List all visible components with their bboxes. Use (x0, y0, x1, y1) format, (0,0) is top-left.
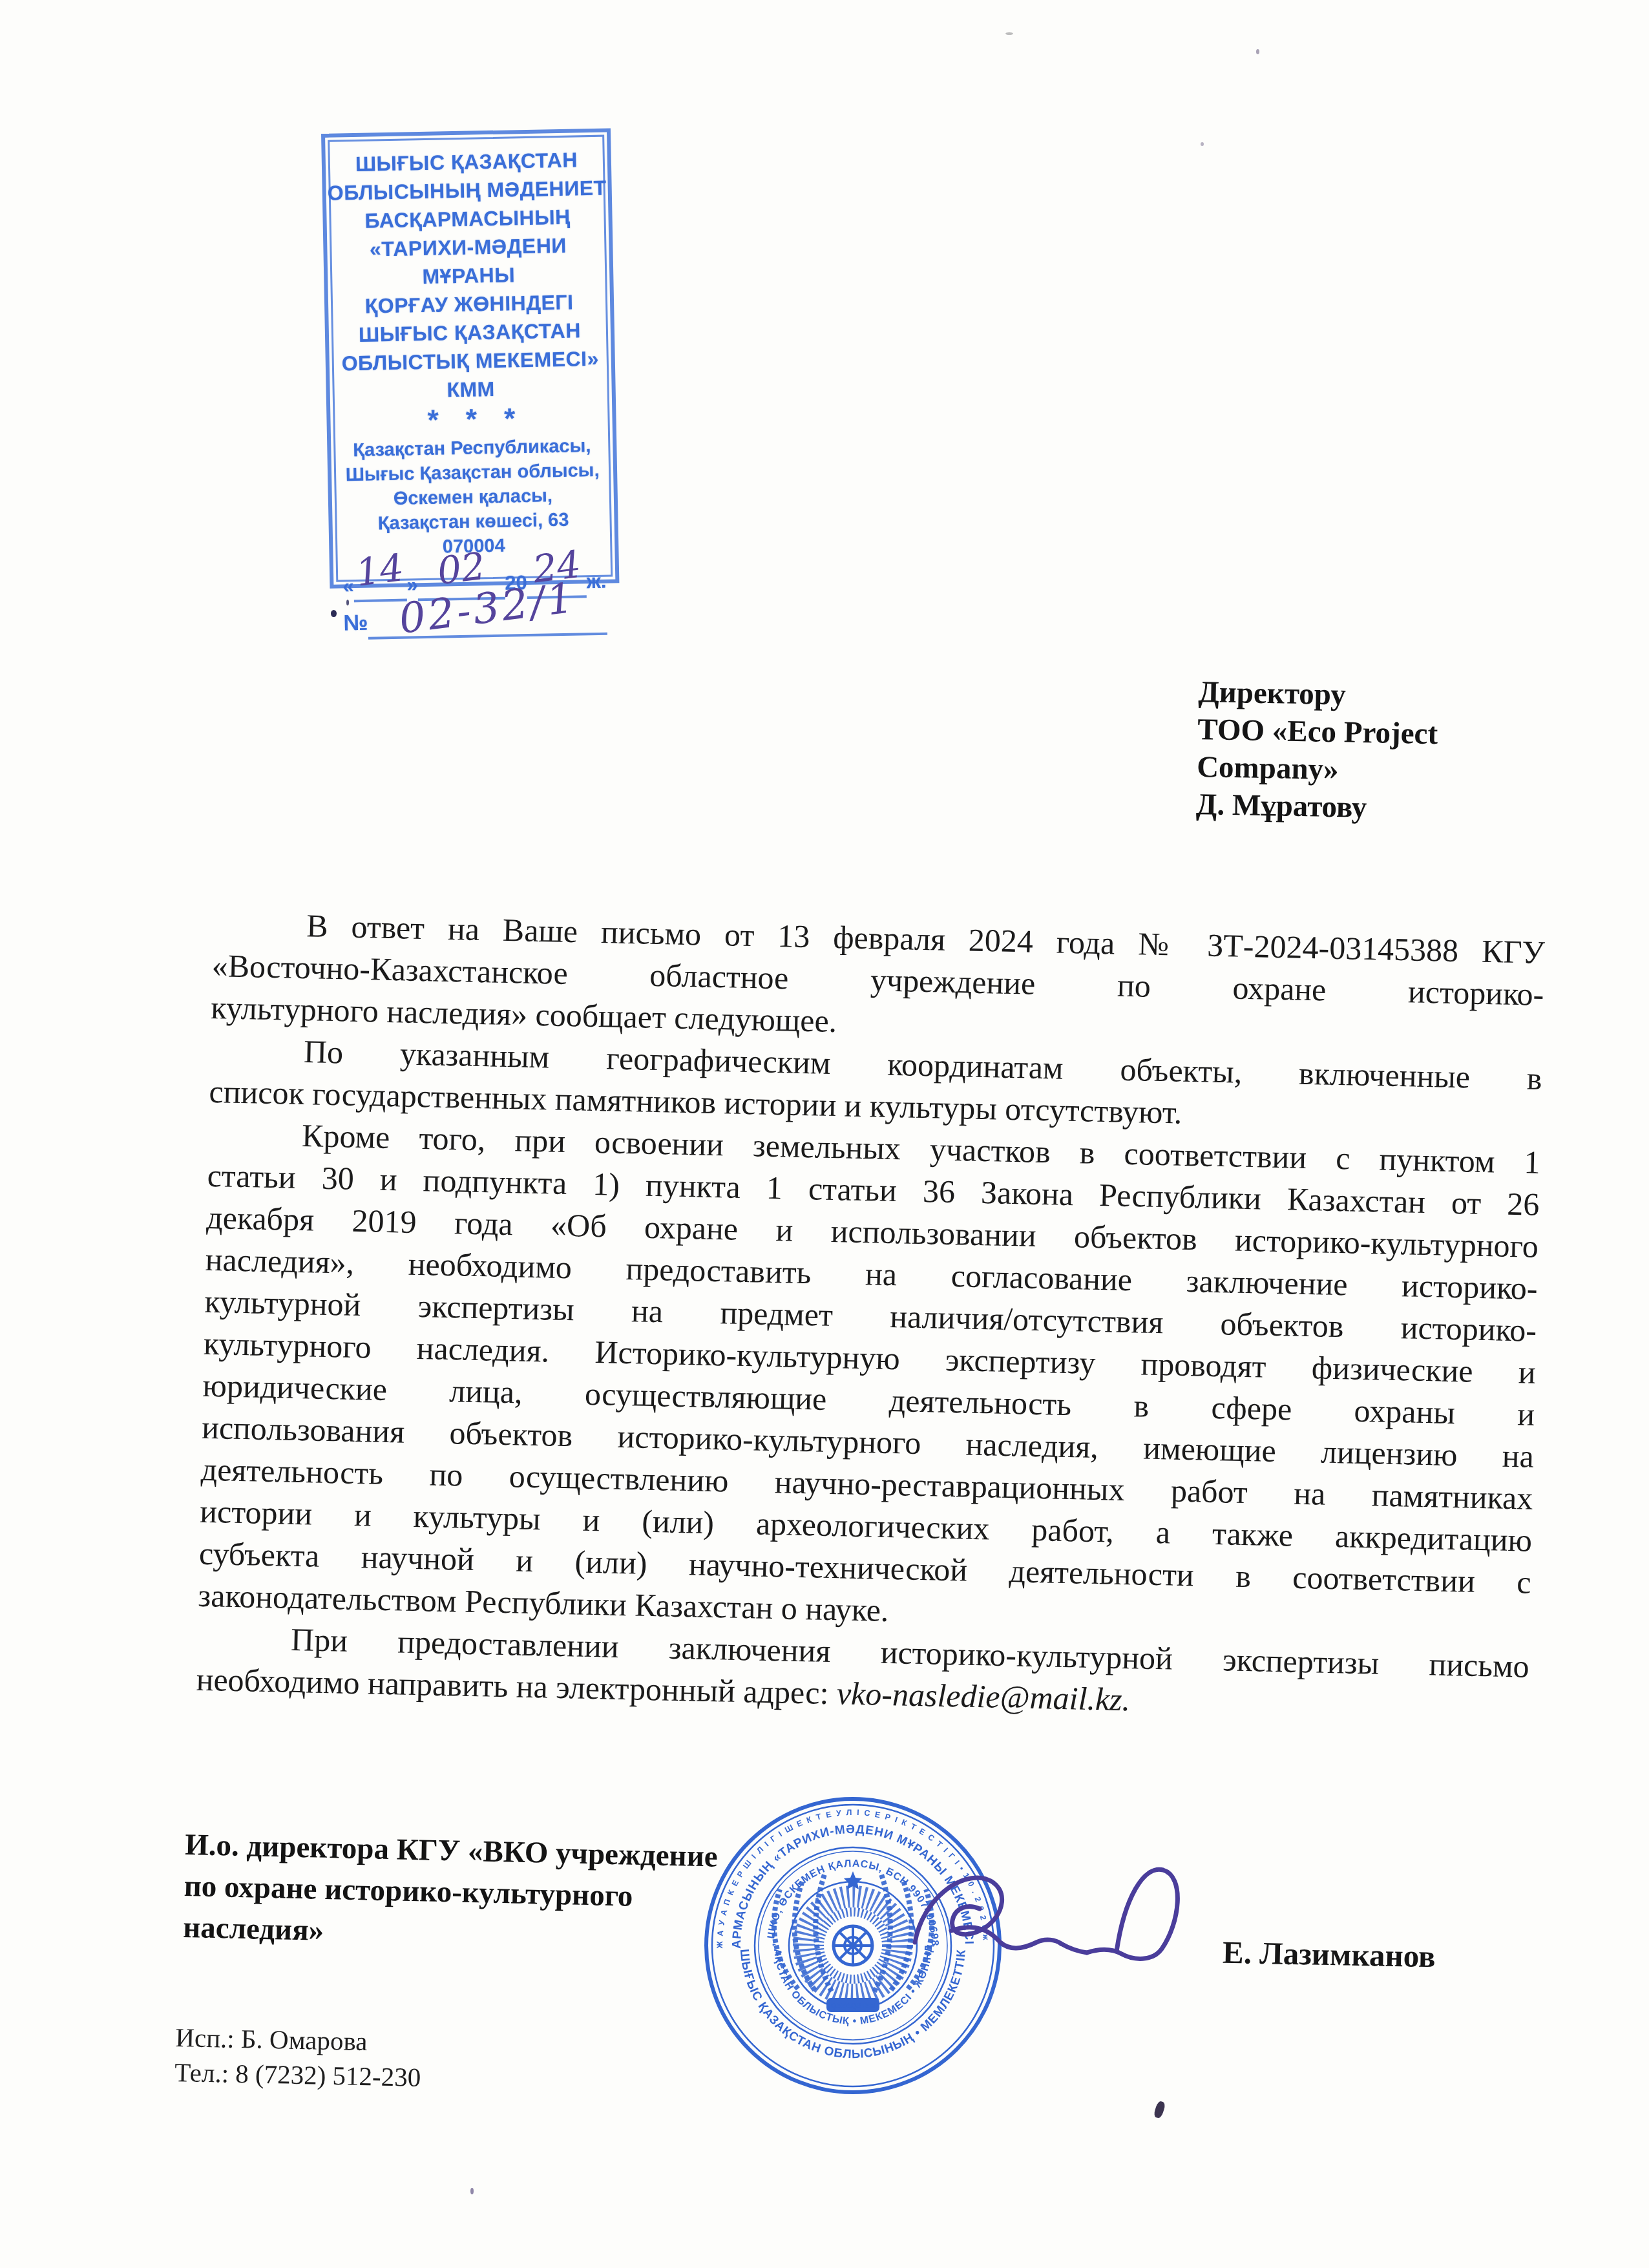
stamp-org-line: «ТАРИХИ-МӘДЕНИ МҰРАНЫ (327, 230, 610, 292)
stamp-number-row: № 02-32/1 (334, 601, 616, 640)
stamp-org-line: БАСҚАРМАСЫНЫҢ (326, 202, 609, 235)
scanned-letter-page: ШЫҒЫС ҚАЗАҚСТАН ОБЛЫСЫНЫҢ МӘДЕНИЕТ БАСҚА… (0, 0, 1649, 2268)
stamp-open-quote: « (342, 570, 354, 602)
executor-name-line: Исп.: Б. Омарова (175, 2020, 422, 2060)
handwritten-signature (903, 1853, 1239, 1982)
recipient-block: Директору ТОО «Eco Project Company» Д. М… (1196, 673, 1560, 830)
scan-speck (1153, 2101, 1166, 2119)
seal-banner-text: QAZAQSTAN (831, 2002, 876, 2010)
stamp-org-line: КММ (330, 372, 612, 406)
scan-speck (346, 600, 349, 605)
executor-phone-line: Тел.: 8 (7232) 512-230 (174, 2055, 421, 2095)
stamp-org-line: ОБЛЫСТЫҚ МЕКЕМЕСІ» (329, 344, 611, 377)
recipient-line: Company» (1197, 748, 1559, 793)
recipient-line: Д. Мұратову (1196, 786, 1559, 830)
handwritten-day: 14 (355, 558, 405, 583)
scan-speck (1201, 142, 1204, 146)
signatory-title-block: И.о. директора КГУ «ВКО учреждение по ох… (183, 1824, 832, 1963)
scan-speck (331, 610, 337, 617)
scan-speck (1005, 32, 1013, 35)
recipient-line: ТОО «Eco Project (1197, 711, 1560, 755)
recipient-line: Директору (1198, 673, 1560, 718)
stamp-year-suffix: ж. (586, 565, 607, 598)
stamp-stars-separator: * * * (330, 402, 613, 437)
signatory-name: Е. Лазимканов (1222, 1934, 1436, 1975)
handwritten-registration-number: 02-32/1 (398, 588, 576, 629)
registration-stamp: ШЫҒЫС ҚАЗАҚСТАН ОБЛЫСЫНЫҢ МӘДЕНИЕТ БАСҚА… (321, 128, 619, 588)
handwritten-month: 02 (436, 556, 486, 582)
letter-body: В ответ на Ваше письмо от 13 февраля 202… (196, 903, 1545, 1730)
stamp-number-label: № (343, 606, 368, 640)
scan-speck (1256, 49, 1259, 54)
scan-speck (470, 2188, 474, 2194)
executor-block: Исп.: Б. Омарова Тел.: 8 (7232) 512-230 (174, 2020, 422, 2095)
registration-stamp-content: ШЫҒЫС ҚАЗАҚСТАН ОБЛЫСЫНЫҢ МӘДЕНИЕТ БАСҚА… (325, 132, 615, 585)
email-address: vko-nasledie@mail.kz. (836, 1675, 1130, 1717)
